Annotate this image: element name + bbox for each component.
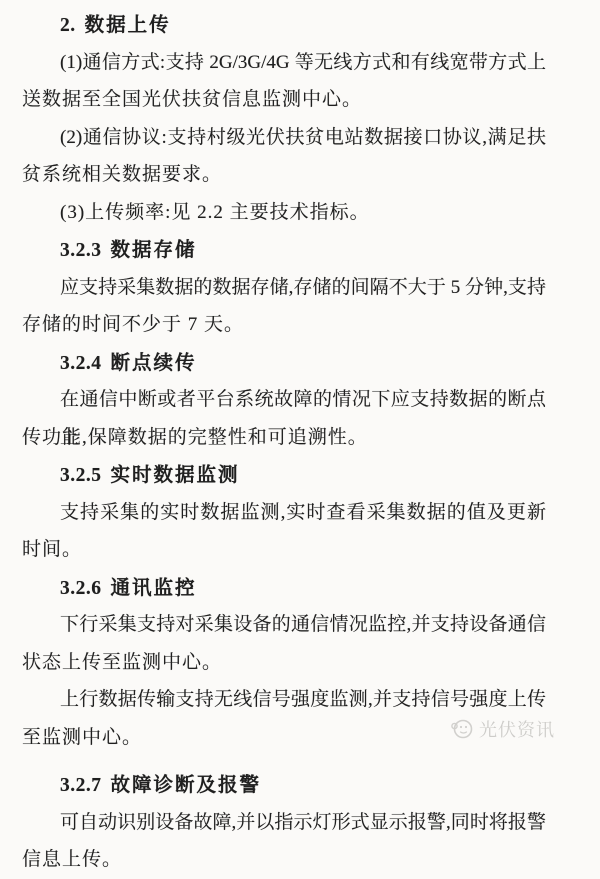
text-line: 送数据至全国光伏扶贫信息监测中心。	[22, 81, 546, 119]
text-line: 贫系统相关数据要求。	[22, 156, 546, 194]
section-heading: 3.2.7故障诊断及报警	[22, 766, 546, 804]
text-line: 应支持采集数据的数据存储,存储的间隔不大于 5 分钟,支持	[22, 269, 546, 307]
section-heading: 3.2.6通讯监控	[22, 569, 546, 607]
document-body: 2.数据上传(1)通信方式:支持 2G/3G/4G 等无线方式和有线宽带方式上送…	[22, 6, 546, 879]
text-line: 状态上传至监测中心。	[22, 644, 546, 682]
text-line: (3)上传频率:见 2.2 主要技术指标。	[22, 194, 546, 232]
heading-title: 故障诊断及报警	[111, 773, 262, 796]
section-heading: 3.2.5实时数据监测	[22, 456, 546, 494]
text-line: (1)通信方式:支持 2G/3G/4G 等无线方式和有线宽带方式上	[22, 44, 546, 82]
text-line: 可自动识别设备故障,并以指示灯形式显示报警,同时将报警	[22, 804, 546, 842]
text-line: 上行数据传输支持无线信号强度监测,并支持信号强度上传	[22, 681, 546, 719]
text-line: 存储的时间不少于 7 天。	[22, 306, 546, 344]
watermark: 光伏资讯	[450, 716, 555, 742]
heading-number: 3.2.5	[60, 465, 102, 486]
heading-number: 3.2.6	[60, 578, 102, 599]
watermark-logo-icon	[450, 717, 474, 741]
heading-number: 3.2.4	[60, 353, 102, 374]
text-line: 在通信中断或者平台系统故障的情况下应支持数据的断点上	[22, 381, 546, 419]
scanned-document-page: 2.数据上传(1)通信方式:支持 2G/3G/4G 等无线方式和有线宽带方式上送…	[0, 0, 600, 879]
heading-title: 实时数据监测	[111, 463, 240, 486]
heading-title: 数据存储	[111, 238, 197, 261]
section-heading: 3.2.3数据存储	[22, 231, 546, 269]
watermark-text: 光伏资讯	[479, 716, 555, 742]
text-line: 下行采集支持对采集设备的通信情况监控,并支持设备通信	[22, 606, 546, 644]
heading-number: 2.	[60, 15, 76, 36]
text-line: 支持采集的实时数据监测,实时查看采集数据的值及更新	[22, 494, 546, 532]
section-heading: 3.2.4断点续传	[22, 344, 546, 382]
heading-number: 3.2.3	[60, 240, 102, 261]
text-line: 信息上传。	[22, 841, 546, 879]
heading-title: 断点续传	[111, 351, 197, 374]
text-line: 传功能,保障数据的完整性和可追溯性。	[22, 419, 546, 457]
heading-title: 通讯监控	[111, 576, 197, 599]
heading-title: 数据上传	[85, 13, 171, 36]
text-line: 时间。	[22, 531, 546, 569]
text-line: (2)通信协议:支持村级光伏扶贫电站数据接口协议,满足扶	[22, 119, 546, 157]
heading-number: 3.2.7	[60, 775, 102, 796]
section-heading: 2.数据上传	[22, 6, 546, 44]
